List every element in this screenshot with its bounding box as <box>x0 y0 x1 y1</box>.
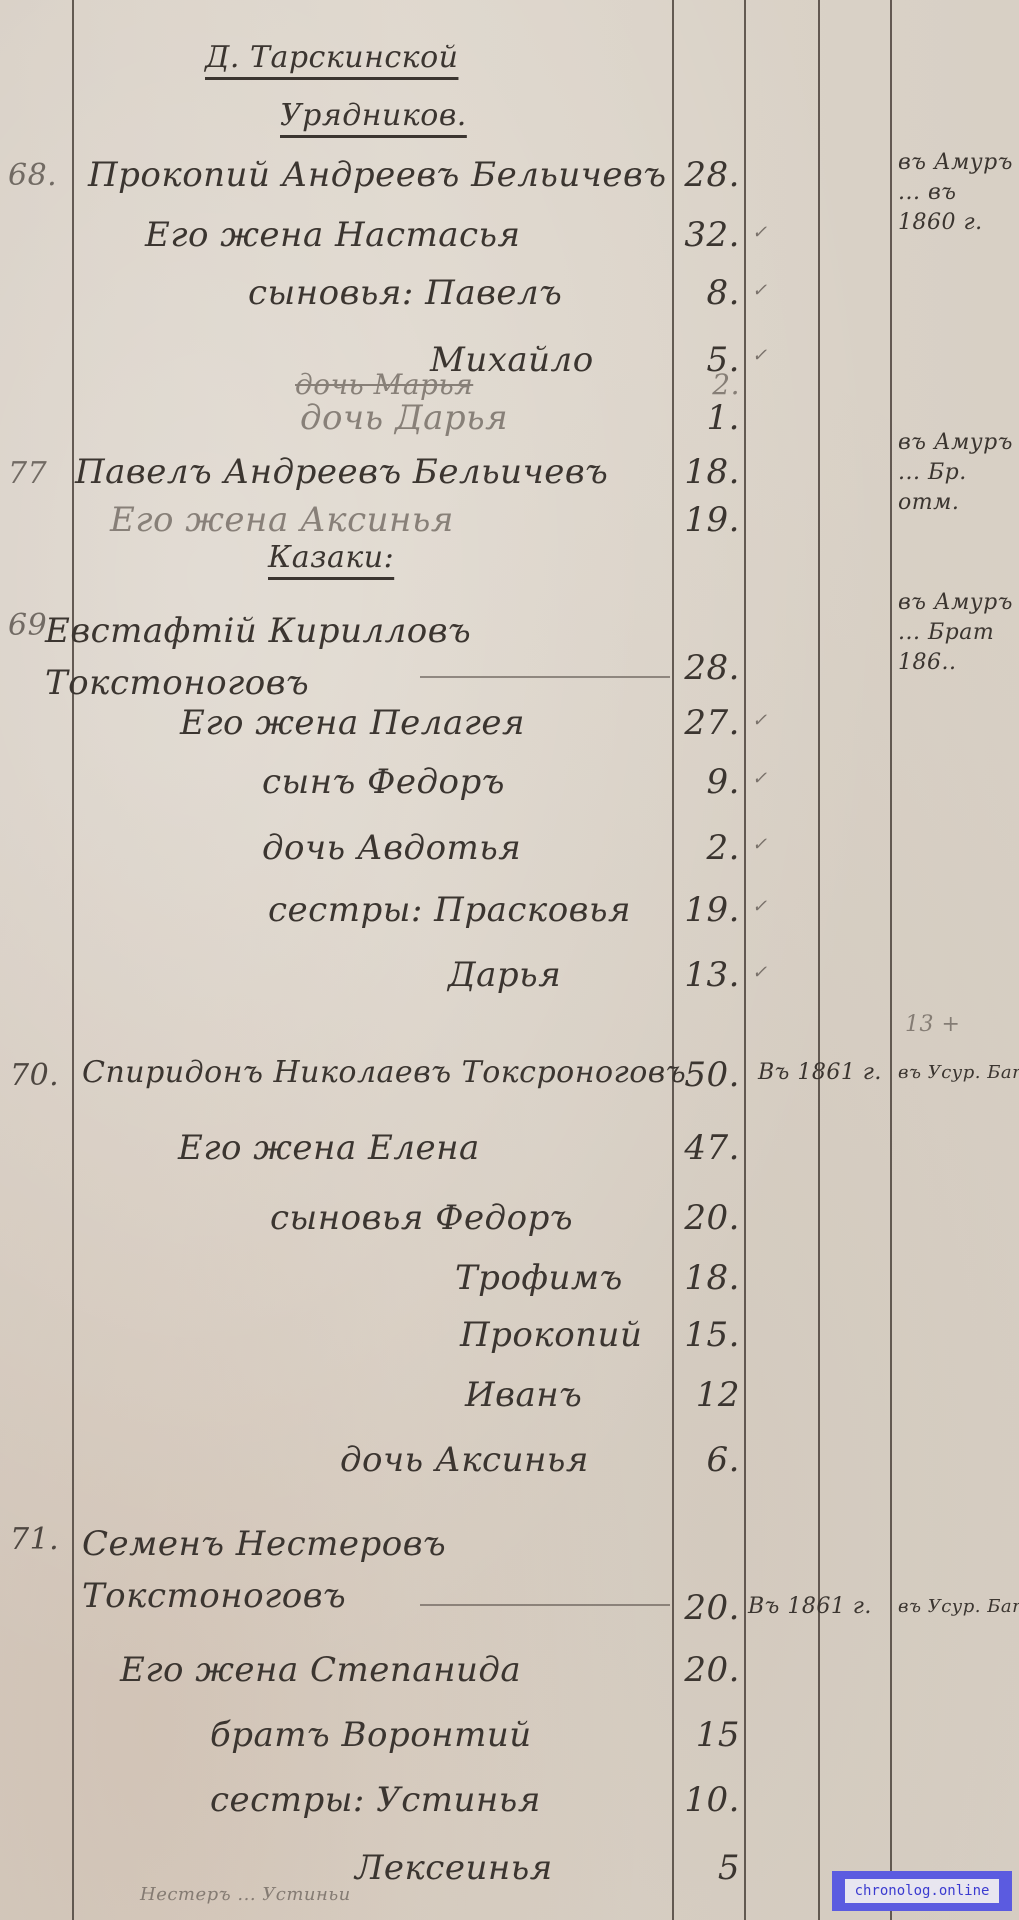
check-mark-icon: ✓ <box>752 896 768 917</box>
watermark-text: chronolog.online <box>845 1879 1000 1903</box>
member-name: Трофимъ <box>455 1258 623 1298</box>
check-mark-icon: ✓ <box>752 962 768 983</box>
column-note: Въ 1861 г. <box>748 1592 872 1622</box>
age-value: 6. <box>670 1440 740 1480</box>
member-name: сыновья: Павелъ <box>248 273 562 313</box>
member-name: Лексеинья <box>355 1848 553 1888</box>
member-name: Его жена Елена <box>178 1128 480 1168</box>
age-value: 18. <box>670 452 740 492</box>
member-name: дочь Дарья <box>300 398 508 438</box>
member-name: Его жена Пелагея <box>180 703 525 743</box>
household-head-name: Семенъ Нестеровъ Токстоноговъ <box>82 1518 662 1622</box>
note-column-rule-2 <box>890 0 892 1920</box>
check-mark-icon: ✓ <box>752 345 768 366</box>
member-name: сестры: Прасковья <box>268 890 631 930</box>
age-value: 18. <box>670 1258 740 1298</box>
member-name: дочь Аксинья <box>340 1440 589 1480</box>
remark-text: въ Амуръ ... Брат 186.. <box>898 590 1013 675</box>
age-value: 2. <box>670 828 740 868</box>
check-mark-icon: ✓ <box>752 834 768 855</box>
member-name: Дарья <box>448 955 561 995</box>
member-name: Его жена Степанида <box>120 1650 521 1690</box>
class-heading: Казаки: <box>268 540 394 575</box>
member-name: Прокопий <box>460 1315 642 1355</box>
age-value: 9. <box>670 762 740 802</box>
household-head-name-text: Семенъ Нестеровъ Токстоноговъ <box>82 1524 446 1616</box>
row-number: 70. <box>10 1058 59 1093</box>
age-value: 12 <box>670 1375 740 1415</box>
bottom-pencil-note: Нестеръ ... Устиньи <box>140 1880 351 1910</box>
age-value: 10. <box>670 1780 740 1820</box>
member-name: сыновья Федоръ <box>270 1198 573 1238</box>
remark-text: въ Амуръ ... въ 1860 г. <box>898 150 1013 235</box>
remark-text: въ Амуръ ... Бр. отм. <box>898 430 1013 515</box>
household-head-name: Спиридонъ Николаевъ Токсроноговъ <box>82 1055 686 1090</box>
check-mark-icon: ✓ <box>752 768 768 789</box>
check-mark-icon: ✓ <box>752 280 768 301</box>
check-mark-icon: ✓ <box>752 222 768 243</box>
pencil-note: 13 + <box>905 1010 960 1040</box>
estate-heading: Урядников. <box>280 98 467 133</box>
age-value: 47. <box>670 1128 740 1168</box>
member-name: братъ Воронтий <box>210 1715 532 1755</box>
age-value: 20. <box>670 1588 740 1628</box>
member-name: дочь Авдотья <box>262 828 521 868</box>
leader-line <box>420 676 670 678</box>
member-name-struck: дочь Марья <box>295 368 473 401</box>
age-value: 19. <box>670 500 740 540</box>
village-heading: Д. Тарскинской <box>205 40 458 75</box>
household-head-name: Евстафтій Кирилловъ Токстоноговъ <box>45 605 665 709</box>
household-head-name: Павелъ Андреевъ Бельичевъ <box>75 452 608 492</box>
age-value: 20. <box>670 1198 740 1238</box>
age-value: 15. <box>670 1315 740 1355</box>
age-value: 1. <box>670 398 740 438</box>
age-value: 2. <box>670 368 740 401</box>
member-name: Его жена Настасья <box>145 215 521 255</box>
age-value: 50. <box>670 1055 740 1095</box>
row-number: 71. <box>10 1522 59 1557</box>
age-value: 27. <box>670 703 740 743</box>
watermark-badge: chronolog.online <box>832 1871 1012 1911</box>
age-value: 13. <box>670 955 740 995</box>
member-name: Его жена Аксинья <box>110 500 454 540</box>
member-name: сестры: Устинья <box>210 1780 541 1820</box>
member-name: Иванъ <box>465 1375 582 1415</box>
age-value: 28. <box>670 155 740 195</box>
remark-note: въ Усур. Бат. <box>898 1592 1019 1622</box>
remark-note: въ Амуръ ... Бр. отм. <box>898 428 1018 518</box>
age-value: 28. <box>670 648 740 688</box>
leader-line <box>420 1604 670 1606</box>
age-value: 20. <box>670 1650 740 1690</box>
row-number: 69 <box>8 608 47 643</box>
age-column-rule-right <box>744 0 746 1920</box>
margin-rule <box>72 0 74 1920</box>
remark-note: въ Амуръ ... въ 1860 г. <box>898 148 1018 238</box>
age-value: 32. <box>670 215 740 255</box>
column-note: Въ 1861 г. <box>758 1058 882 1088</box>
remark-note: въ Амуръ ... Брат 186.. <box>898 588 1018 678</box>
household-head-name-text: Евстафтій Кирилловъ Токстоноговъ <box>45 611 471 703</box>
remark-note: въ Усур. Бат. <box>898 1058 1019 1088</box>
row-number: 68. <box>8 158 57 193</box>
household-head-name: Прокопий Андреевъ Бельичевъ <box>88 155 667 195</box>
note-column-rule-1 <box>818 0 820 1920</box>
age-value: 15 <box>670 1715 740 1755</box>
check-mark-icon: ✓ <box>752 710 768 731</box>
row-number: 77 <box>8 456 47 491</box>
age-value: 19. <box>670 890 740 930</box>
age-value: 5 <box>670 1848 740 1888</box>
age-value: 8. <box>670 273 740 313</box>
member-name: сынъ Федоръ <box>262 762 505 802</box>
